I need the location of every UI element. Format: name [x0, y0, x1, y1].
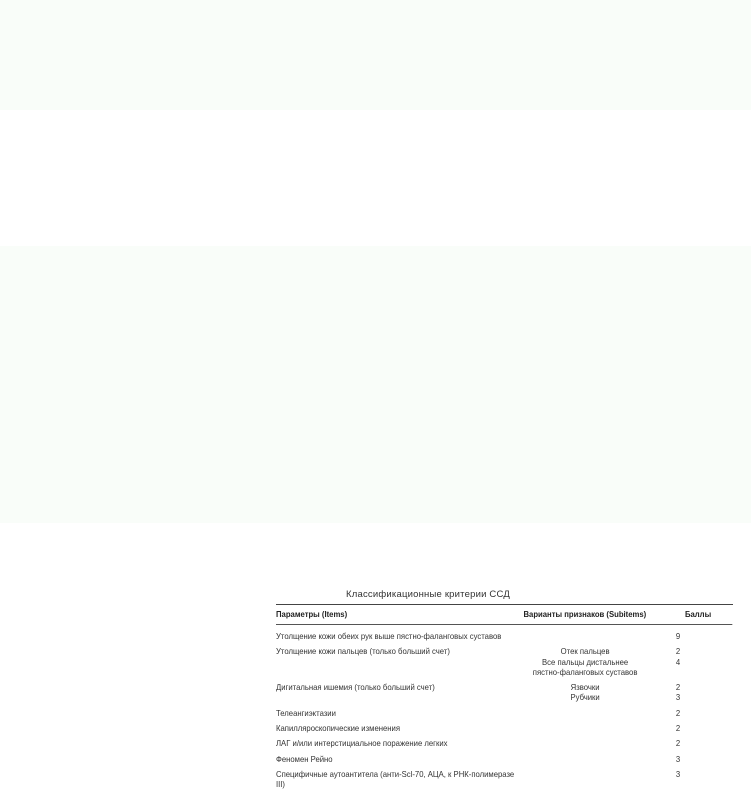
score-value: 3 — [660, 769, 697, 779]
background-band-top — [0, 0, 751, 110]
subitem-label: Язвочки — [520, 682, 651, 692]
subitem-label: Рубчики — [520, 692, 651, 702]
score-cell: 2 — [650, 738, 696, 748]
score-cell: 2 — [650, 723, 696, 733]
table-row: Специфичные аутоантитела (анти-Scl-70, А… — [276, 769, 733, 790]
score-value: 3 — [660, 692, 697, 702]
subitem-label — [520, 708, 651, 718]
table-body: Утолщение кожи обеих рук выше пястно-фал… — [276, 625, 733, 792]
score-value: 2 — [660, 646, 697, 656]
score-cell: 3 — [650, 769, 696, 790]
score-value: 2 — [660, 738, 697, 748]
score-cell: 2 — [650, 708, 696, 718]
table-row: Утолщение кожи пальцев (только больший с… — [276, 646, 733, 677]
subitem-label — [520, 738, 651, 748]
subitem-cell — [520, 631, 651, 641]
subitem-cell — [520, 708, 651, 718]
subitem-label — [520, 754, 651, 764]
subitem-cell: Отек пальцевВсе пальцы дистальнее пястно… — [520, 646, 651, 677]
table-row: Дигитальная ишемия (только больший счет)… — [276, 682, 733, 703]
table-caption: Классификационные критерии ССД — [346, 589, 510, 600]
table-row: Утолщение кожи обеих рук выше пястно-фал… — [276, 631, 733, 641]
item-cell: Специфичные аутоантитела (анти-Scl-70, А… — [276, 769, 520, 790]
item-cell: Капилляроскопические изменения — [276, 723, 520, 733]
score-value: 2 — [660, 723, 697, 733]
header-score: Баллы — [667, 609, 713, 619]
score-value: 2 — [660, 682, 697, 692]
score-value: 2 — [660, 708, 697, 718]
score-cell: 23 — [650, 682, 696, 703]
item-cell: Телеангиэктазии — [276, 708, 520, 718]
subitem-cell — [520, 769, 651, 790]
table-row: Телеангиэктазии 2 — [276, 708, 733, 718]
subitem-label — [520, 769, 651, 779]
subitem-cell — [520, 754, 651, 764]
item-cell: ЛАГ и/или интерстициальное поражение лег… — [276, 738, 520, 748]
header-subitems: Варианты признаков (Subitems) — [520, 609, 667, 619]
item-cell: Утолщение кожи обеих рук выше пястно-фал… — [276, 631, 520, 641]
background-band-middle — [0, 246, 751, 523]
subitem-label: Все пальцы дистальнее пястно-фаланговых … — [520, 657, 651, 678]
score-cell: 3 — [650, 754, 696, 764]
item-cell: Утолщение кожи пальцев (только больший с… — [276, 646, 520, 677]
table-row: ЛАГ и/или интерстициальное поражение лег… — [276, 738, 733, 748]
subitem-label: Отек пальцев — [520, 646, 651, 656]
table-row: Феномен Рейно 3 — [276, 754, 733, 764]
item-cell: Феномен Рейно — [276, 754, 520, 764]
score-cell: 24 — [650, 646, 696, 677]
subitem-cell — [520, 738, 651, 748]
criteria-table: Параметры (Items) Варианты признаков (Su… — [276, 604, 733, 792]
table-row: Капилляроскопические изменения 2 — [276, 723, 733, 733]
score-value: 3 — [660, 754, 697, 764]
subitem-label — [520, 631, 651, 641]
score-cell: 9 — [650, 631, 696, 641]
subitem-label — [520, 723, 651, 733]
subitem-cell — [520, 723, 651, 733]
subitem-cell: ЯзвочкиРубчики — [520, 682, 651, 703]
table-header: Параметры (Items) Варианты признаков (Su… — [276, 605, 733, 625]
score-value: 4 — [660, 657, 697, 667]
score-value: 9 — [660, 631, 697, 641]
header-items: Параметры (Items) — [276, 609, 520, 619]
item-cell: Дигитальная ишемия (только больший счет) — [276, 682, 520, 703]
